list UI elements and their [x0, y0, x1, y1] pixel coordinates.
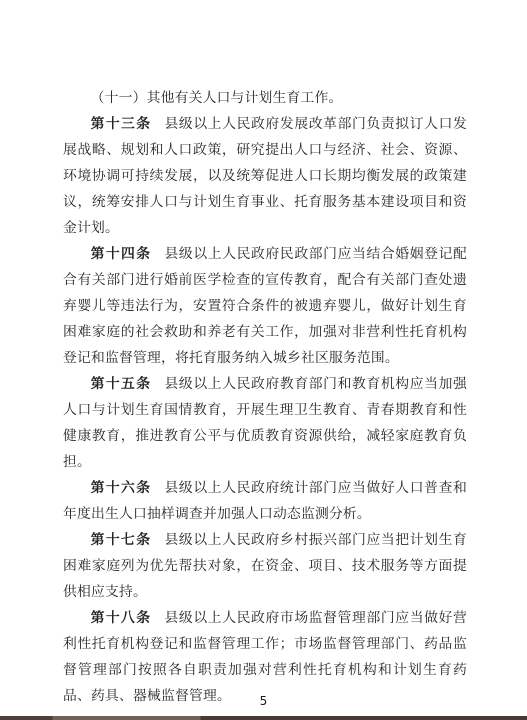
- article-18-number: 第十八条: [91, 610, 152, 625]
- page-number: 5: [0, 694, 527, 708]
- article-14-text: 县级以上人民政府民政部门应当结合婚姻登记配合有关部门进行婚前医学检查的宣传教育，…: [63, 246, 467, 365]
- document-page: （十一）其他有关人口与计划生育工作。 第十三条县级以上人民政府发展改革部门负责拟…: [63, 85, 467, 709]
- list-item-eleven: （十一）其他有关人口与计划生育工作。: [63, 85, 467, 111]
- article-13-paragraph: 第十三条县级以上人民政府发展改革部门负责拟订人口发展战略、规划和人口政策，研究提…: [63, 111, 467, 241]
- article-17-paragraph: 第十七条县级以上人民政府乡村振兴部门应当把计划生育困难家庭列为优先帮扶对象，在资…: [63, 527, 467, 605]
- article-16-paragraph: 第十六条县级以上人民政府统计部门应当做好人口普查和年度出生人口抽样调查并加强人口…: [63, 475, 467, 527]
- article-14-paragraph: 第十四条县级以上人民政府民政部门应当结合婚姻登记配合有关部门进行婚前医学检查的宣…: [63, 241, 467, 371]
- article-17-number: 第十七条: [91, 532, 152, 547]
- article-15-paragraph: 第十五条县级以上人民政府教育部门和教育机构应当加强人口与计划生育国情教育，开展生…: [63, 371, 467, 475]
- page-bottom-scan-edge: [0, 716, 527, 720]
- article-13-text: 县级以上人民政府发展改革部门负责拟订人口发展战略、规划和人口政策，研究提出人口与…: [63, 116, 467, 235]
- article-13-number: 第十三条: [91, 116, 152, 131]
- article-16-number: 第十六条: [91, 480, 152, 495]
- article-14-number: 第十四条: [91, 246, 152, 261]
- list-item-text: （十一）其他有关人口与计划生育工作。: [91, 90, 343, 105]
- article-15-number: 第十五条: [91, 376, 152, 391]
